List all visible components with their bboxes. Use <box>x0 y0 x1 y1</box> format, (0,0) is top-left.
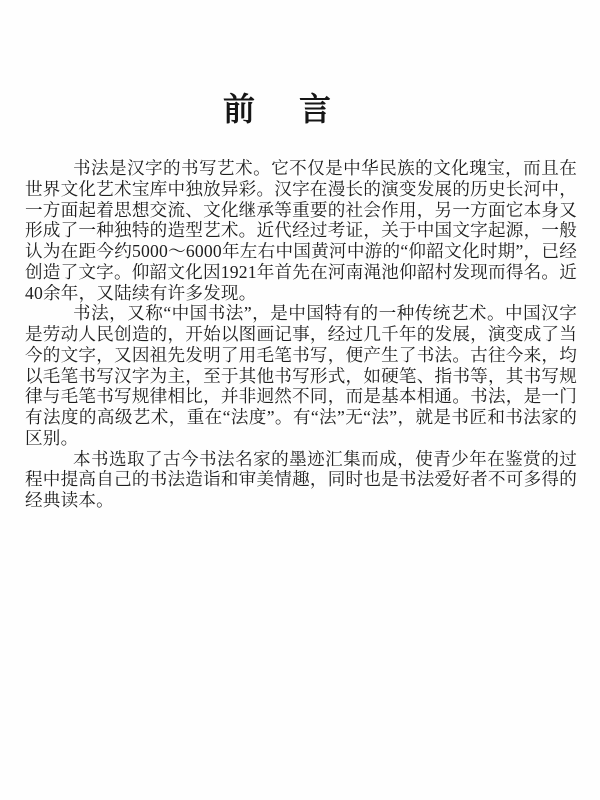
preface-page: 前 言 书法是汉字的书写艺术。它不仅是中华民族的文化瑰宝，而且在世界文化艺术宝库… <box>0 0 600 800</box>
preface-paragraph: 书法，又称“中国书法”，是中国特有的一种传统艺术。中国汉字是劳动人民创造的，开始… <box>25 303 577 448</box>
page-title: 前 言 <box>0 84 580 130</box>
preface-body: 书法是汉字的书写艺术。它不仅是中华民族的文化瑰宝，而且在世界文化艺术宝库中独放异… <box>25 158 577 511</box>
preface-paragraph: 本书选取了古今书法名家的墨迹汇集而成，使青少年在鉴赏的过程中提高自己的书法造诣和… <box>25 449 577 511</box>
preface-paragraph: 书法是汉字的书写艺术。它不仅是中华民族的文化瑰宝，而且在世界文化艺术宝库中独放异… <box>25 158 577 303</box>
